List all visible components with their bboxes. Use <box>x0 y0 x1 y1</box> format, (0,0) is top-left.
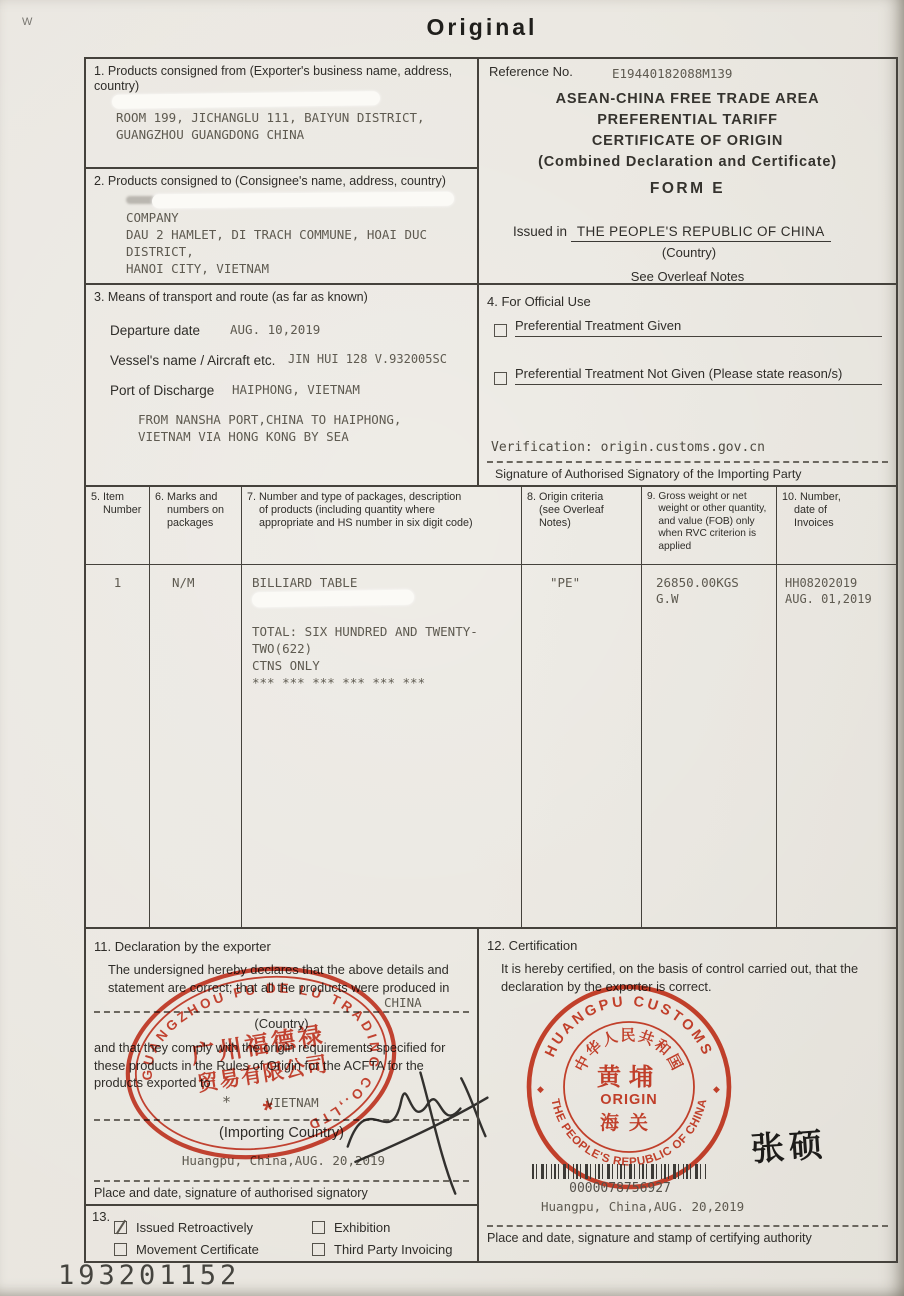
exporter-label: 1. Products consigned from (Exporter's b… <box>94 64 469 94</box>
cell-origin-criteria: "PE" <box>522 565 642 927</box>
certificate-of-origin-scan: W Original 1. Products consigned from (E… <box>0 0 904 1296</box>
reference-label: Reference No. <box>489 64 573 79</box>
barcode-number: 0000078756927 <box>532 1181 708 1196</box>
importing-signatory-caption: Signature of Authorised Signatory of the… <box>495 467 802 481</box>
cell-marks: N/M <box>150 565 242 927</box>
overleaf-note: See Overleaf Notes <box>479 269 896 284</box>
reference-value: E19440182088M139 <box>612 66 732 81</box>
exporter-signatory-caption: Place and date, signature of authorised … <box>94 1186 368 1200</box>
departure-date-label: Departure date <box>110 323 200 338</box>
bottom-serial-number: 193201152 <box>58 1260 240 1291</box>
description-title: BILLIARD TABLE <box>252 575 357 590</box>
preferential-given-label: Preferential Treatment Given <box>515 318 882 337</box>
certificate-header-box: Reference No. E19440182088M139 ASEAN-CHI… <box>477 57 898 285</box>
description-total: TOTAL: SIX HUNDRED AND TWENTY-TWO(622) C… <box>252 623 521 691</box>
exporter-declaration-box: 11. Declaration by the exporter The unde… <box>84 927 479 1206</box>
exporter-box: 1. Products consigned from (Exporter's b… <box>84 57 479 169</box>
route-value: FROM NANSHA PORT,CHINA TO HAIPHONG, VIET… <box>138 411 401 445</box>
exhibition-checkbox[interactable] <box>312 1221 325 1234</box>
country-caption: (Country) <box>539 245 839 260</box>
cell-item-number: 1 <box>86 565 150 927</box>
col-gross-weight-header: 9. Gross weight or net weight or other q… <box>642 487 777 565</box>
movement-certificate-label: Movement Certificate <box>136 1242 259 1257</box>
col-packages-description-header: 7. Number and type of packages, descript… <box>242 487 522 565</box>
transport-label: 3. Means of transport and route (as far … <box>94 290 469 305</box>
goods-table: 5. Item Number 6. Marks and numbers on p… <box>84 485 898 929</box>
dashed-signature-line <box>487 461 888 463</box>
stamp-origin-text: ORIGIN <box>600 1092 658 1108</box>
col-invoices-header: 10. Number, date of Invoices <box>777 487 896 565</box>
third-party-invoicing-label: Third Party Invoicing <box>334 1242 453 1257</box>
issued-in-value: THE PEOPLE'S REPUBLIC OF CHINA <box>571 224 831 242</box>
preferential-not-given-label: Preferential Treatment Not Given (Please… <box>515 366 882 385</box>
certifier-caption: Place and date, signature and stamp of c… <box>487 1231 812 1245</box>
stamp-bottom-star: * <box>261 1094 277 1125</box>
vessel-value: JIN HUI 128 V.932005SC <box>288 352 447 366</box>
certification-box: 12. Certification It is hereby certified… <box>477 927 898 1263</box>
page-title: Original <box>60 14 904 41</box>
corner-mark: W <box>22 16 32 28</box>
exhibition-label: Exhibition <box>334 1220 390 1235</box>
cell-invoice: HH08202019 AUG. 01,2019 <box>777 565 896 927</box>
verification-url: Verification: origin.customs.gov.cn <box>491 440 765 455</box>
issued-in-label: Issued in <box>513 224 567 239</box>
certificate-barcode <box>532 1164 708 1179</box>
certificate-title: ASEAN-CHINA FREE TRADE AREA PREFERENTIAL… <box>479 89 896 173</box>
box13-label: 13. <box>92 1209 110 1224</box>
issued-retroactively-label: Issued Retroactively <box>136 1220 253 1235</box>
consignee-address: COMPANY DAU 2 HAMLET, DI TRACH COMMUNE, … <box>126 209 477 277</box>
vessel-label: Vessel's name / Aircraft etc. <box>110 353 275 368</box>
form-name: FORM E <box>479 180 896 198</box>
stamp-right-diamond: ◆ <box>713 1084 720 1094</box>
third-party-invoicing-checkbox[interactable] <box>312 1243 325 1256</box>
stamp-customs-cn: 海关 <box>600 1111 658 1134</box>
port-of-discharge-label: Port of Discharge <box>110 383 214 398</box>
dashed-certifier-line <box>487 1225 888 1227</box>
stamp-top-arc-text: HUANGPU CUSTOMS <box>542 994 715 1060</box>
issued-retroactively-checkbox[interactable] <box>114 1221 127 1234</box>
certifier-place-date: Huangpu, China,AUG. 20,2019 <box>541 1199 744 1214</box>
consignee-box: 2. Products consigned to (Consignee's na… <box>84 167 479 285</box>
transport-box: 3. Means of transport and route (as far … <box>84 283 479 487</box>
cell-description: BILLIARD TABLE TOTAL: SIX HUNDRED AND TW… <box>242 565 522 927</box>
movement-certificate-checkbox[interactable] <box>114 1243 127 1256</box>
official-use-box: 4. For Official Use Preferential Treatme… <box>477 283 898 487</box>
exporter-address: ROOM 199, JICHANGLU 111, BAIYUN DISTRICT… <box>116 109 425 143</box>
redaction-strip-description <box>252 590 414 608</box>
certification-label: 12. Certification <box>487 938 577 953</box>
redaction-strip-consignee-name <box>152 192 454 209</box>
official-use-label: 4. For Official Use <box>487 294 591 309</box>
stamp-left-diamond: ◆ <box>537 1084 544 1094</box>
declaration-label: 11. Declaration by the exporter <box>94 939 271 954</box>
departure-date-value: AUG. 10,2019 <box>230 322 320 337</box>
col-marks-header: 6. Marks and numbers on packages <box>150 487 242 565</box>
col-item-number-header: 5. Item Number <box>86 487 150 565</box>
preferential-not-given-checkbox[interactable] <box>494 372 507 385</box>
col-origin-criteria-header: 8. Origin criteria (see Overleaf Notes) <box>522 487 642 565</box>
customs-stamp: HUANGPU CUSTOMS THE PEOPLE'S REPUBLIC OF… <box>523 981 735 1193</box>
port-of-discharge-value: HAIPHONG, VIETNAM <box>232 382 360 397</box>
redaction-strip-exporter-name <box>112 91 380 109</box>
certificate-type-box: 13. Issued Retroactively Exhibition Move… <box>84 1204 479 1263</box>
consignee-label: 2. Products consigned to (Consignee's na… <box>94 174 469 189</box>
cell-weight: 26850.00KGS G.W <box>642 565 777 927</box>
svg-text:HUANGPU CUSTOMS: HUANGPU CUSTOMS <box>542 994 715 1060</box>
certifier-handwritten-name: 张硕 <box>749 1118 828 1170</box>
preferential-given-checkbox[interactable] <box>494 324 507 337</box>
stamp-huangpu-cn: 黄埔 <box>597 1064 661 1091</box>
